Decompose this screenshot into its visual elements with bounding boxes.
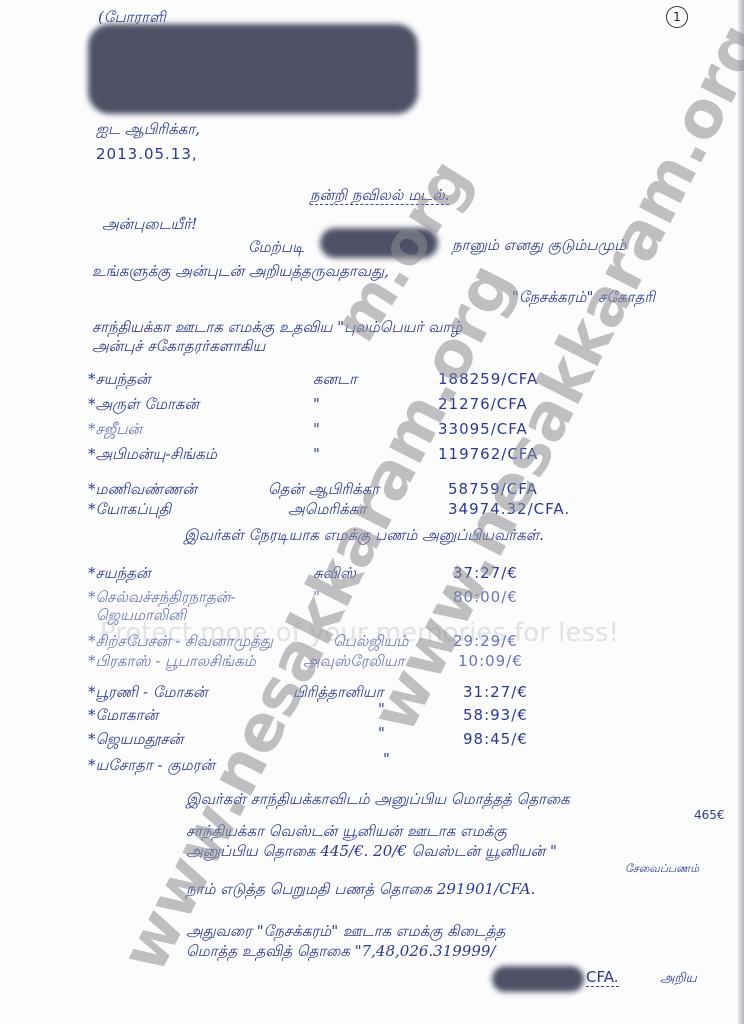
donor-amount: 10:09/€ <box>458 652 523 670</box>
donor-name-continued: ஜெயமாலினி <box>96 606 186 624</box>
donor-row: *சயந்தன் சுவிஸ் 37:27/€ <box>88 564 728 584</box>
donor-name: *சிற்சபேசன் - சிவனாமுத்து <box>88 632 273 650</box>
donor-country: கனடா <box>313 370 357 388</box>
summary-service-fee-note: சேவைப்பணம் <box>625 860 699 878</box>
donor-row: *ஜெயமதூசன் " 98:45/€ <box>88 730 728 750</box>
donor-name: *ஜெயமதூசன் <box>88 730 183 748</box>
summary-line-5: அதுவரை "நேசக்கரம்" ஊடாக எமக்கு கிடைத்த <box>186 922 505 940</box>
donor-country: " <box>313 420 320 438</box>
donor-name: *யோகப்புதி <box>88 500 171 518</box>
intro-line-5: அன்புச் சகோதரர்களாகிய <box>92 337 265 355</box>
donor-amount: 31:27/€ <box>463 683 528 701</box>
donor-country: அமெரிக்கா <box>288 500 366 518</box>
donor-country: தென் ஆபிரிக்கா <box>268 480 379 498</box>
donor-name: *மணிவண்ணன் <box>88 480 197 498</box>
donor-country: அவுஸ்ரேலியா <box>303 652 405 670</box>
redacted-name <box>320 228 438 258</box>
donor-row: *பூரணி - மோகன் பிரித்தானியா 31:27/€ <box>88 683 728 703</box>
donor-country: " <box>313 588 320 606</box>
donor-row: *அபிமன்யு-சிங்கம் " 119762/CFA <box>88 445 728 465</box>
donor-country: " <box>378 700 385 718</box>
donor-row: *செல்வச்சந்திரநாதன்- ஜெயமாலினி " 80:00/€ <box>88 588 728 608</box>
donor-row: *சிற்சபேசன் - சிவனாமுத்து பெல்ஜியம் 29:2… <box>88 632 728 652</box>
summary-line-3: அனுப்பிய தொகை 445/€. 20/€ வெஸ்டன் யூனியன… <box>186 842 557 860</box>
donor-amount: 29:29/€ <box>453 632 518 650</box>
summary-line-6: மொத்த உதவித் தொகை "7,48,026.319999/ <box>186 942 496 960</box>
scanned-letter-page: Protect more of your memories for less! … <box>0 0 744 1024</box>
letter-date: 2013.05.13, <box>96 145 198 163</box>
donor-amount: 21276/CFA <box>438 395 528 413</box>
donor-amount: 58:93/€ <box>463 706 528 724</box>
intro-line-3: "நேசக்கரம்" சகோதரி <box>512 288 655 306</box>
donor-country: " <box>313 395 320 413</box>
donor-name: *சயந்தன் <box>88 370 151 388</box>
donor-amount: 58759/CFA <box>448 480 538 498</box>
donor-amount: 119762/CFA <box>438 445 538 463</box>
summary-total-sent: 465€ <box>694 806 725 824</box>
donor-row: *யசோதா - குமரன் " <box>88 756 728 776</box>
intro-line-1b: நானும் எனது குடும்பமும் <box>452 236 626 254</box>
donor-amount: 34974.32/CFA. <box>448 500 570 518</box>
redacted-address-block <box>88 24 418 114</box>
intro-line-2: உங்களுக்கு அன்புடன் அறியத்தருவதாவது, <box>92 262 389 280</box>
donor-country: பெல்ஜியம் <box>333 632 408 650</box>
summary-continuation: அறிய <box>660 970 697 988</box>
donor-name: *பூரணி - மோகன் <box>88 683 208 701</box>
donor-country: பிரித்தானியா <box>293 683 384 701</box>
donor-amount: 33095/CFA <box>438 420 528 438</box>
donor-amount: 80:00/€ <box>453 588 518 606</box>
location-line: ஐட ஆபிரிக்கா, <box>96 120 200 138</box>
donor-name: *அருள் மோகன் <box>88 395 199 413</box>
donor-name: *மோகான் <box>88 706 158 724</box>
donor-row: *சஜீபன் " 33095/CFA <box>88 420 728 440</box>
donor-amount: 188259/CFA <box>438 370 538 388</box>
donor-country: " <box>313 445 320 463</box>
intro-line-1a: மேற்படி <box>248 238 304 256</box>
summary-line-7: CFA. <box>586 968 619 987</box>
donor-row: *மோகான் " 58:93/€ <box>88 706 728 726</box>
salutation: அன்புடையீர்! <box>102 215 197 233</box>
scan-edge-shadow <box>738 0 744 1024</box>
donor-name: *யசோதா - குமரன் <box>88 756 215 774</box>
donor-amount: 37:27/€ <box>453 564 518 582</box>
donor-name: *அபிமன்யு-சிங்கம் <box>88 445 217 463</box>
donor-amount: 98:45/€ <box>463 730 528 748</box>
donor-row: *பிரகாஸ் - பூபாலசிங்கம் அவுஸ்ரேலியா 10:0… <box>88 652 728 672</box>
donor-name: *செல்வச்சந்திரநாதன்- <box>88 588 235 606</box>
summary-line-4: நாம் எடுத்த பெறுமதி பணத் தொகை 291901/CFA… <box>186 880 535 898</box>
summary-line-1: இவர்கள் சாந்தியக்காவிடம் அனுப்பிய மொத்தத… <box>186 790 570 808</box>
donor-row: *யோகப்புதி அமெரிக்கா 34974.32/CFA. <box>88 500 728 520</box>
donor-name: *சஜீபன் <box>88 420 142 438</box>
donor-name: *சயந்தன் <box>88 564 151 582</box>
donor-country: " <box>383 750 390 768</box>
donor-country: சுவிஸ் <box>313 564 356 582</box>
donor-row: *மணிவண்ணன் தென் ஆபிரிக்கா 58759/CFA <box>88 480 728 500</box>
summary-line-2: சாந்தியக்கா வெஸ்டன் யூனியன் ஊடாக எமக்கு <box>186 822 507 840</box>
letter-title: நன்றி நவிலல் மடல். <box>310 186 449 205</box>
donor-country: " <box>378 724 385 742</box>
intro-line-4: சாந்தியக்கா ஊடாக எமக்கு உதவிய "புலம்பெயர… <box>92 318 462 336</box>
direct-donors-note: இவர்கள் நேரடியாக எமக்கு பணம் அனுப்பியவர்… <box>184 526 544 544</box>
donor-name: *பிரகாஸ் - பூபாலசிங்கம் <box>88 652 256 670</box>
donor-row: *சயந்தன் கனடா 188259/CFA <box>88 370 728 390</box>
redacted-amount <box>492 966 584 992</box>
donor-row: *அருள் மோகன் " 21276/CFA <box>88 395 728 415</box>
page-number: 1 <box>666 6 688 28</box>
